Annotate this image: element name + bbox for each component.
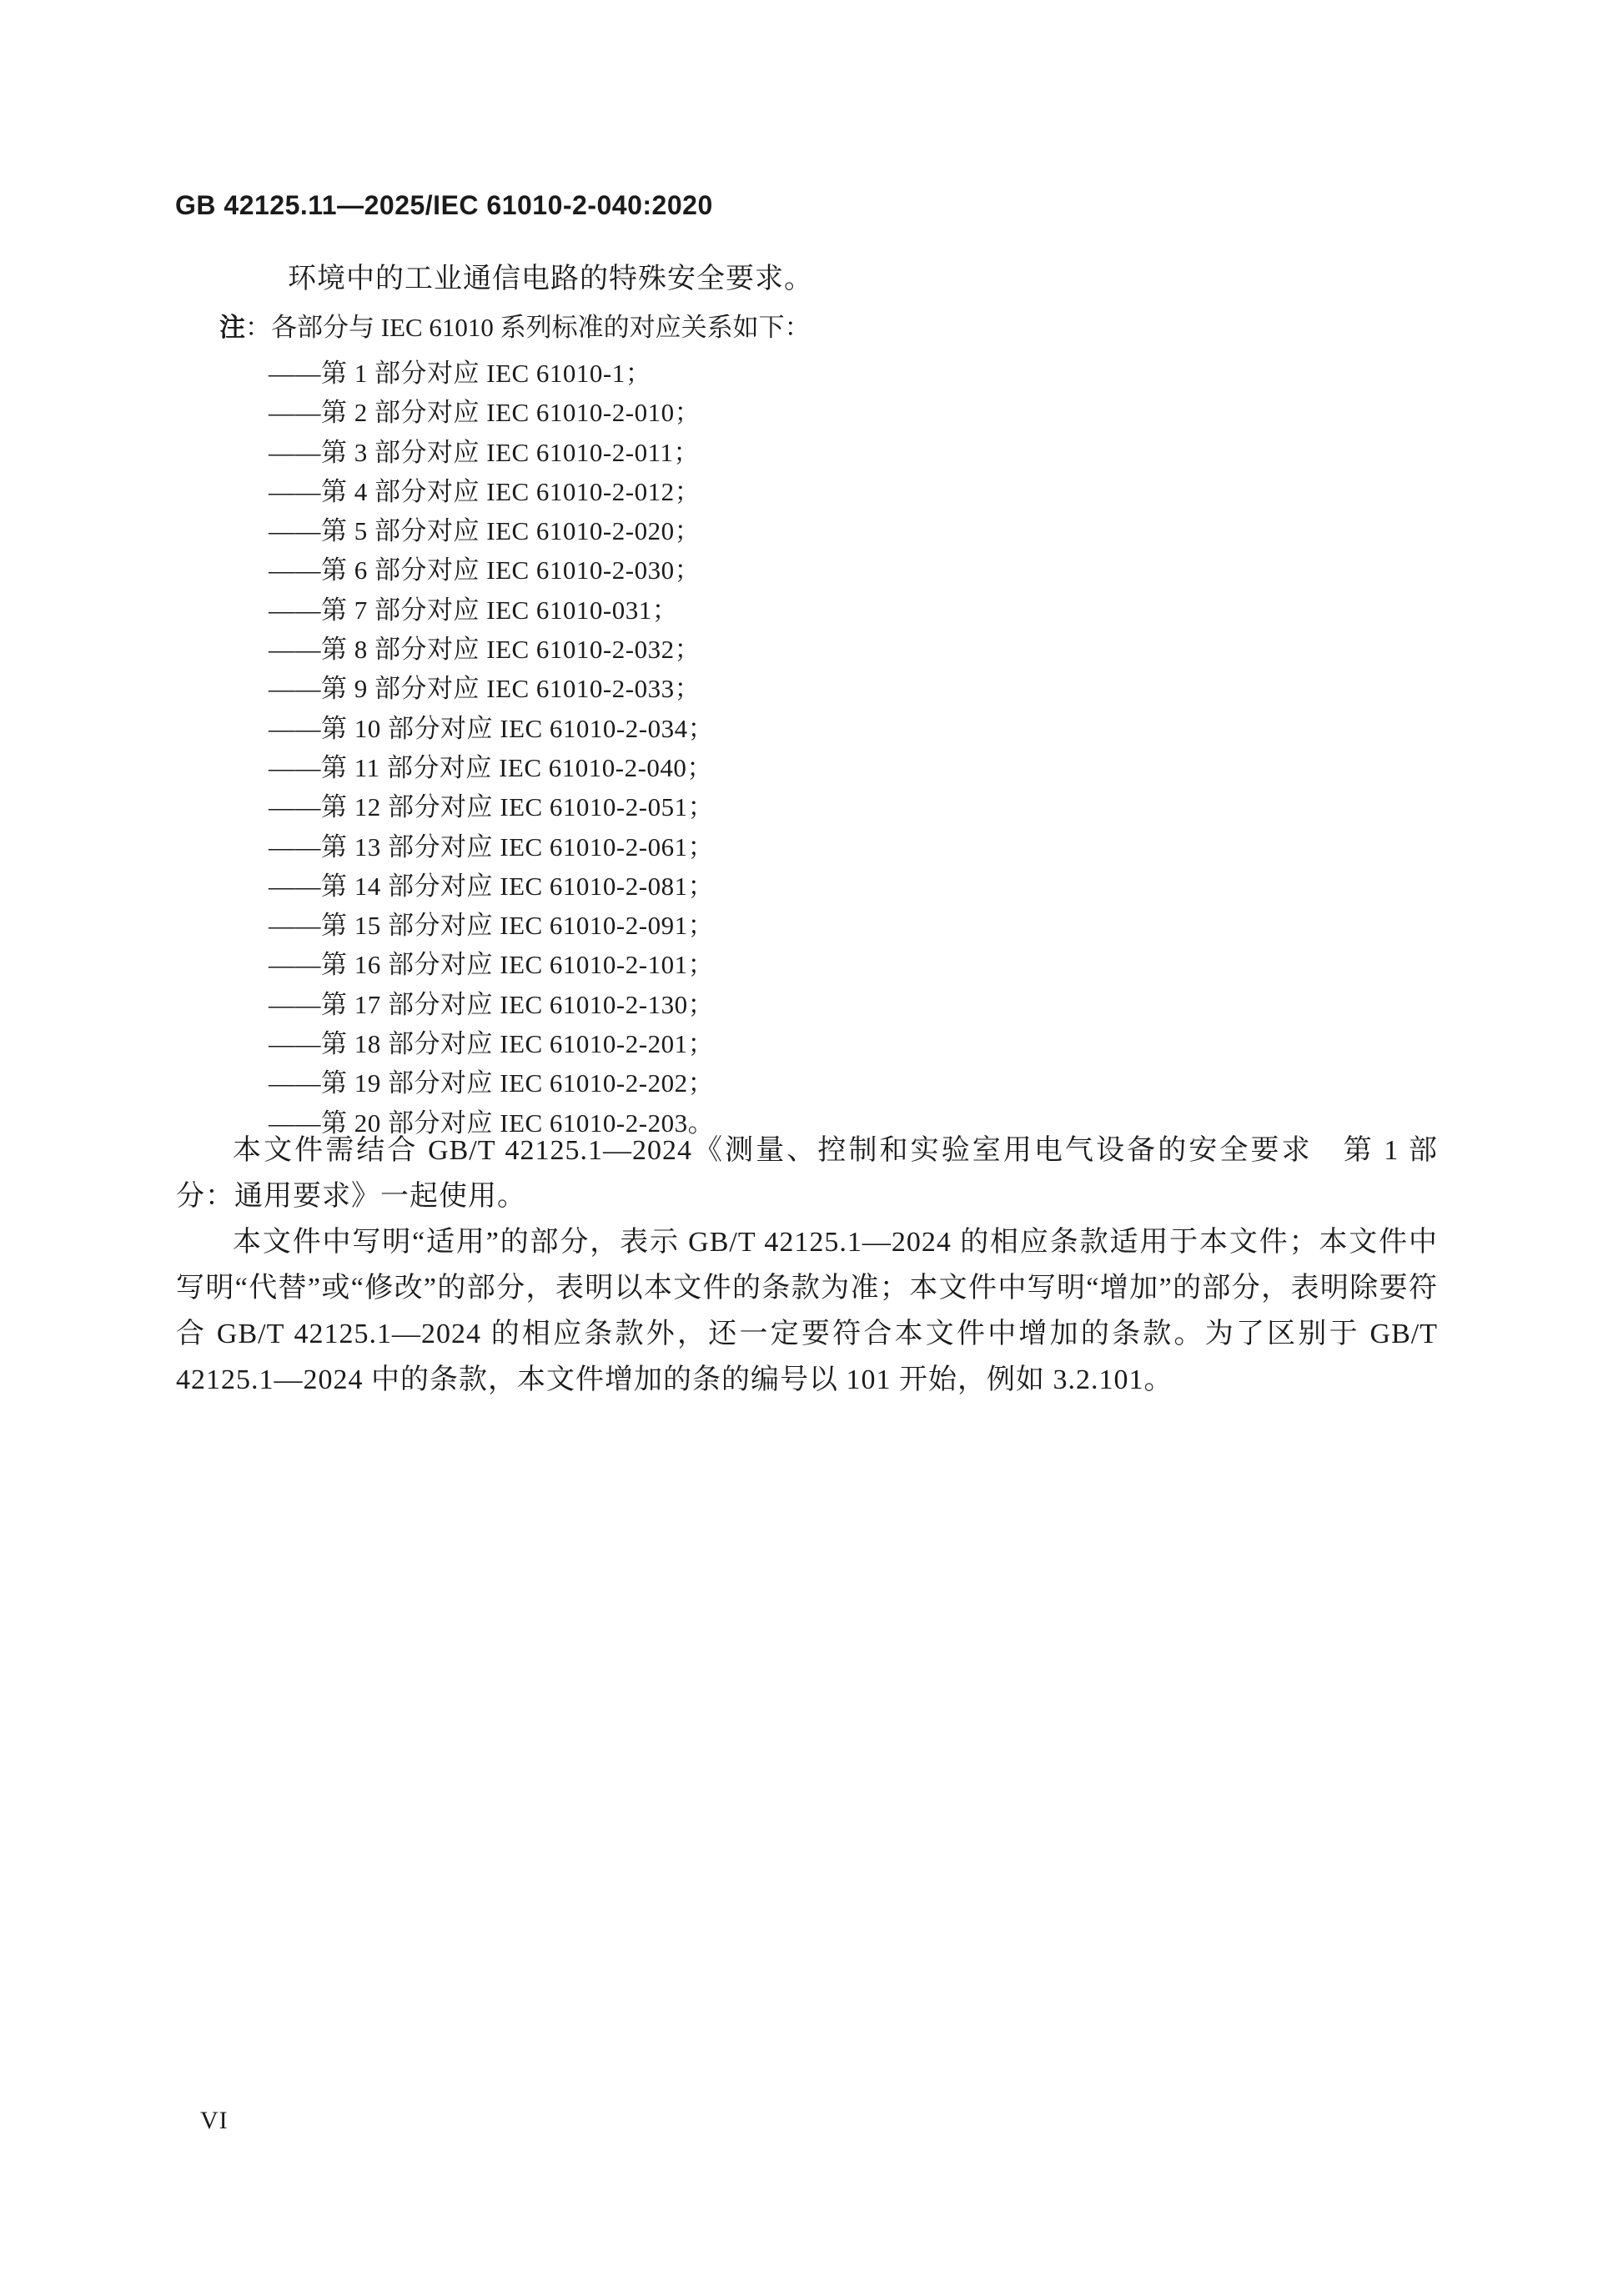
note-item: ——第 14 部分对应 IEC 61010-2-081； xyxy=(269,867,714,906)
note-item: ——第 16 部分对应 IEC 61010-2-101； xyxy=(269,945,714,984)
note-intro: 注：各部分与 IEC 61010 系列标准的对应关系如下： xyxy=(219,310,811,345)
note-item: ——第 17 部分对应 IEC 61010-2-130； xyxy=(269,985,714,1024)
paragraph-usage-with-part1: 本文件需结合 GB/T 42125.1—2024《测量、控制和实验室用电气设备的… xyxy=(176,1128,1438,1219)
paragraph-applicability-rules: 本文件中写明“适用”的部分，表示 GB/T 42125.1—2024 的相应条款… xyxy=(176,1219,1438,1403)
note-item: ——第 15 部分对应 IEC 61010-2-091； xyxy=(269,906,714,945)
body-paragraphs: 本文件需结合 GB/T 42125.1—2024《测量、控制和实验室用电气设备的… xyxy=(176,1128,1438,1403)
note-item: ——第 7 部分对应 IEC 61010-031； xyxy=(269,590,714,630)
note-item: ——第 10 部分对应 IEC 61010-2-034； xyxy=(269,709,714,748)
note-item: ——第 4 部分对应 IEC 61010-2-012； xyxy=(269,472,714,511)
note-item: ——第 9 部分对应 IEC 61010-2-033； xyxy=(269,669,714,708)
note-item: ——第 2 部分对应 IEC 61010-2-010； xyxy=(269,393,714,432)
note-item: ——第 3 部分对应 IEC 61010-2-011； xyxy=(269,433,714,472)
note-item: ——第 19 部分对应 IEC 61010-2-202； xyxy=(269,1063,714,1103)
note-item: ——第 13 部分对应 IEC 61010-2-061； xyxy=(269,827,714,867)
document-page: GB 42125.11—2025/IEC 61010-2-040:2020 环境… xyxy=(0,0,1623,2296)
note-item: ——第 8 部分对应 IEC 61010-2-032； xyxy=(269,630,714,669)
note-item: ——第 5 部分对应 IEC 61010-2-020； xyxy=(269,511,714,550)
note-item: ——第 6 部分对应 IEC 61010-2-030； xyxy=(269,550,714,590)
continuation-line: 环境中的工业通信电路的特殊安全要求。 xyxy=(176,260,1438,299)
note-intro-text: ：各部分与 IEC 61010 系列标准的对应关系如下： xyxy=(245,313,811,342)
note-item: ——第 11 部分对应 IEC 61010-2-040； xyxy=(269,748,714,787)
note-label: 注 xyxy=(219,313,245,342)
note-list: ——第 1 部分对应 IEC 61010-1； ——第 2 部分对应 IEC 6… xyxy=(269,354,714,1143)
note-item: ——第 1 部分对应 IEC 61010-1； xyxy=(269,354,714,393)
page-number: VI xyxy=(200,2107,229,2135)
standard-number-header: GB 42125.11—2025/IEC 61010-2-040:2020 xyxy=(175,190,713,221)
note-item: ——第 12 部分对应 IEC 61010-2-051； xyxy=(269,787,714,826)
note-item: ——第 18 部分对应 IEC 61010-2-201； xyxy=(269,1024,714,1063)
